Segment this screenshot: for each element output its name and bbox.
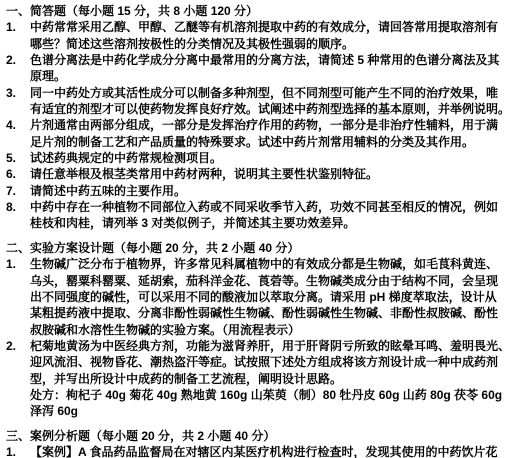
question-line: 处方：枸杞子 40g 菊花 40g 熟地黄 160g 山茱萸（制）80 牡丹皮 …	[6, 387, 502, 403]
exam-sections: 一、简答题（每小题 15 分，共 8 小题 120 分）1.中药常常采用乙醇、甲…	[6, 3, 502, 458]
question-line: 2.杞菊地黄汤为中医经典方剂，功能为滋肾养肝，用于肝肾阴亏所致的眩晕耳鸣、羞明畏…	[6, 338, 502, 354]
question-text: 哪些？简述这些溶剂按极性的分类情况及其极性强弱的顺序。	[30, 36, 502, 52]
question-number: 4.	[6, 117, 30, 133]
question-line: 7.请简述中药五味的主要作用。	[6, 183, 502, 199]
question-text: 试述药典规定的中药常规检测项目。	[30, 150, 502, 166]
question-number: 1.	[6, 19, 30, 35]
question-number: 2.	[6, 338, 30, 354]
question-text: 型，并写出所设计中成药的制备工艺流程，阐明设计思路。	[30, 371, 502, 387]
question-line: 1.【案例】A 食品药品监督局在对辖区内某医疗机构进行检查时，发现其使用的中药饮…	[6, 444, 502, 458]
question-line: 乌头，罂粟科罂粟、延胡索，茄科洋金花、莨菪等。生物碱类成分由于结构不同，会呈现	[6, 273, 502, 289]
question-text: 【案例】A 食品药品监督局在对辖区内某医疗机构进行检查时，发现其使用的中药饮片花	[30, 444, 502, 458]
question-text: 桂枝和肉桂，请列举 3 对类似例子，并简述其主要功效差异。	[30, 215, 502, 231]
question-number: 3.	[6, 85, 30, 101]
question-text: 生物碱广泛分布于植物界，许多常见科属植物中的有效成分都是生物碱，如毛茛科黄连、	[30, 256, 502, 272]
question-line: 1.生物碱广泛分布于植物界，许多常见科属植物中的有效成分都是生物碱，如毛茛科黄连…	[6, 256, 502, 272]
question-text: 迎风流泪、视物昏花、潮热盗汗等症。试按照下述处方组成将该方剂设计成一种中成药剂	[30, 354, 502, 370]
section-heading: 一、简答题（每小题 15 分，共 8 小题 120 分）	[6, 3, 502, 19]
question-text: 片剂通常由两部分组成，一部分是发挥治疗作用的药物，一部分是非治疗性辅料，用于满	[30, 117, 502, 133]
question-text: 中药中存在一种植物不同部位入药或不同采收季节入药，功效不同甚至相反的情况，例如	[30, 199, 502, 215]
question-text: 中药常常采用乙醇、甲醇、乙醚等有机溶剂提取中药的有效成分，请回答常用提取溶剂有	[30, 19, 502, 35]
question-text: 原理。	[30, 68, 502, 84]
question-number: 6.	[6, 166, 30, 182]
question-text: 同一中药处方或其活性成分可以制备多种剂型，但不同剂型可能产生不同的治疗效果，唯	[30, 85, 502, 101]
question-line: 足片剂的制备工艺和产品质量的特殊要求。试述中药片剂常用辅料的分类及其作用。	[6, 134, 502, 150]
question-line: 2.色谱分离法是中药化学成分分离中最常用的分离方法，请简述 5 种常用的色谱分离…	[6, 52, 502, 68]
question-number: 1.	[6, 256, 30, 272]
question-line: 6.请任意举根及根茎类常用中药材两种，说明其主要性状鉴别特征。	[6, 166, 502, 182]
question-line: 型，并写出所设计中成药的制备工艺流程，阐明设计思路。	[6, 371, 502, 387]
question-text: 足片剂的制备工艺和产品质量的特殊要求。试述中药片剂常用辅料的分类及其作用。	[30, 134, 502, 150]
question-line: 出不同强度的碱性，可以采用不同的酸液加以萃取分离。请采用 pH 梯度萃取法，设计…	[6, 289, 502, 305]
question-line: 有适宜的剂型才可以使药物发挥良好疗效。试阐述中药剂型选择的基本原则，并举例说明。	[6, 101, 502, 117]
exam-paper-document: 一、简答题（每小题 15 分，共 8 小题 120 分）1.中药常常采用乙醇、甲…	[0, 0, 506, 458]
question-text: 某粗提药液中提取、分离非酚性弱碱性生物碱、酚性弱碱性生物碱、非酚性叔胺碱、酚性	[30, 305, 502, 321]
question-number: 1.	[6, 444, 30, 458]
question-line: 泽泻 60g	[6, 403, 502, 419]
question-line: 某粗提药液中提取、分离非酚性弱碱性生物碱、酚性弱碱性生物碱、非酚性叔胺碱、酚性	[6, 305, 502, 321]
question-text: 乌头，罂粟科罂粟、延胡索，茄科洋金花、莨菪等。生物碱类成分由于结构不同，会呈现	[30, 273, 502, 289]
question-text: 叔胺碱和水溶性生物碱的实验方案。（用流程表示）	[30, 322, 502, 338]
question-text: 杞菊地黄汤为中医经典方剂，功能为滋肾养肝，用于肝肾阴亏所致的眩晕耳鸣、羞明畏光、	[30, 338, 506, 354]
question-number: 2.	[6, 52, 30, 68]
question-number: 5.	[6, 150, 30, 166]
question-line: 桂枝和肉桂，请列举 3 对类似例子，并简述其主要功效差异。	[6, 215, 502, 231]
question-line: 叔胺碱和水溶性生物碱的实验方案。（用流程表示）	[6, 322, 502, 338]
question-line: 迎风流泪、视物昏花、潮热盗汗等症。试按照下述处方组成将该方剂设计成一种中成药剂	[6, 354, 502, 370]
question-number: 7.	[6, 183, 30, 199]
question-text: 请任意举根及根茎类常用中药材两种，说明其主要性状鉴别特征。	[30, 166, 502, 182]
question-line: 3.同一中药处方或其活性成分可以制备多种剂型，但不同剂型可能产生不同的治疗效果，…	[6, 85, 502, 101]
section-heading: 二、实验方案设计题（每小题 20 分，共 2 小题 40 分）	[6, 240, 502, 256]
question-line: 原理。	[6, 68, 502, 84]
question-line: 1.中药常常采用乙醇、甲醇、乙醚等有机溶剂提取中药的有效成分，请回答常用提取溶剂…	[6, 19, 502, 35]
question-text: 泽泻 60g	[30, 403, 502, 419]
question-line: 4.片剂通常由两部分组成，一部分是发挥治疗作用的药物，一部分是非治疗性辅料，用于…	[6, 117, 502, 133]
question-number: 8.	[6, 199, 30, 215]
question-line: 哪些？简述这些溶剂按极性的分类情况及其极性强弱的顺序。	[6, 36, 502, 52]
question-line: 5.试述药典规定的中药常规检测项目。	[6, 150, 502, 166]
question-text: 请简述中药五味的主要作用。	[30, 183, 502, 199]
question-text: 处方：枸杞子 40g 菊花 40g 熟地黄 160g 山茱萸（制）80 牡丹皮 …	[30, 387, 502, 403]
question-text: 有适宜的剂型才可以使药物发挥良好疗效。试阐述中药剂型选择的基本原则，并举例说明。	[30, 101, 506, 117]
section-heading: 三、案例分析题（每小题 20 分，共 2 小题 40 分）	[6, 428, 502, 444]
question-text: 色谱分离法是中药化学成分分离中最常用的分离方法，请简述 5 种常用的色谱分离法及…	[30, 52, 502, 68]
question-line: 8.中药中存在一种植物不同部位入药或不同采收季节入药，功效不同甚至相反的情况，例…	[6, 199, 502, 215]
question-text: 出不同强度的碱性，可以采用不同的酸液加以萃取分离。请采用 pH 梯度萃取法，设计…	[30, 289, 502, 305]
